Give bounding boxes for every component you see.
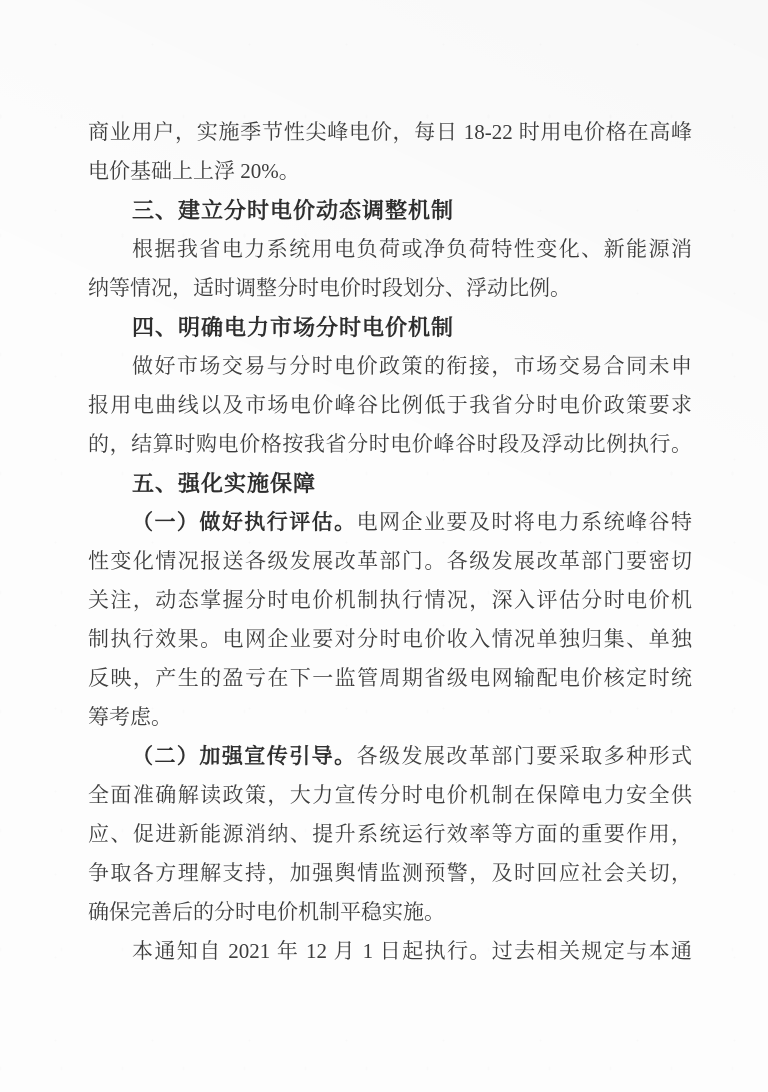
text-line: 关注，动态掌握分时电价机制执行情况，深入评估分时电价机 <box>88 581 692 620</box>
body-text: 电价基础上上浮 20%。 <box>88 159 300 183</box>
emphasized-text: （一）做好执行评估。 <box>132 510 357 534</box>
emphasized-text: （二）加强宣传引导。 <box>132 744 357 768</box>
body-text: 各级发展改革部门要采取多种形式 <box>357 744 692 768</box>
emphasized-text: 四、明确电力市场分时电价机制 <box>132 315 454 340</box>
body-text: 根据我省电力系统用电负荷或净负荷特性变化、新能源消 <box>132 237 692 261</box>
body-text: 电网企业要及时将电力系统峰谷特 <box>357 510 692 534</box>
body-text: 应、促进新能源消纳、提升系统运行效率等方面的重要作用， <box>88 822 692 846</box>
text-line: 电价基础上上浮 20%。 <box>88 152 692 191</box>
body-text: 争取各方理解支持，加强舆情监测预警，及时回应社会关切， <box>88 861 692 885</box>
text-line: 反映，产生的盈亏在下一监管周期省级电网输配电价核定时统 <box>88 659 692 698</box>
section-heading: 三、建立分时电价动态调整机制 <box>88 191 692 230</box>
body-text: 筹考虑。 <box>88 705 172 729</box>
text-line: 商业用户，实施季节性尖峰电价，每日 18-22 时用电价格在高峰 <box>88 113 692 152</box>
text-line: 确保完善后的分时电价机制平稳实施。 <box>88 893 692 932</box>
text-line: 性变化情况报送各级发展改革部门。各级发展改革部门要密切 <box>88 542 692 581</box>
text-line: 制执行效果。电网企业要对分时电价收入情况单独归集、单独 <box>88 620 692 659</box>
section-heading: 四、明确电力市场分时电价机制 <box>88 308 692 347</box>
body-text: 做好市场交易与分时电价政策的衔接，市场交易合同未申 <box>132 354 692 378</box>
emphasized-text: 五、强化实施保障 <box>132 471 316 496</box>
emphasized-text: 三、建立分时电价动态调整机制 <box>132 198 454 223</box>
body-text: 商业用户，实施季节性尖峰电价，每日 18-22 时用电价格在高峰 <box>88 120 692 144</box>
section-heading: 五、强化实施保障 <box>88 464 692 503</box>
text-line: 根据我省电力系统用电负荷或净负荷特性变化、新能源消 <box>88 230 692 269</box>
body-text: 纳等情况，适时调整分时电价时段划分、浮动比例。 <box>88 276 571 300</box>
body-text: 全面准确解读政策，大力宣传分时电价机制在保障电力安全供 <box>88 783 692 807</box>
text-line: 的，结算时购电价格按我省分时电价峰谷时段及浮动比例执行。 <box>88 425 692 464</box>
document-page: 商业用户，实施季节性尖峰电价，每日 18-22 时用电价格在高峰电价基础上上浮 … <box>0 0 768 1092</box>
body-text: 本通知自 2021 年 12 月 1 日起执行。过去相关规定与本通 <box>132 939 692 963</box>
body-text: 报用电曲线以及市场电价峰谷比例低于我省分时电价政策要求 <box>88 393 692 417</box>
text-line: 本通知自 2021 年 12 月 1 日起执行。过去相关规定与本通 <box>88 932 692 971</box>
body-text: 关注，动态掌握分时电价机制执行情况，深入评估分时电价机 <box>88 588 692 612</box>
text-line: （一）做好执行评估。电网企业要及时将电力系统峰谷特 <box>88 503 692 542</box>
text-line: 做好市场交易与分时电价政策的衔接，市场交易合同未申 <box>88 347 692 386</box>
document-body: 商业用户，实施季节性尖峰电价，每日 18-22 时用电价格在高峰电价基础上上浮 … <box>88 113 692 971</box>
body-text: 制执行效果。电网企业要对分时电价收入情况单独归集、单独 <box>88 627 692 651</box>
body-text: 反映，产生的盈亏在下一监管周期省级电网输配电价核定时统 <box>88 666 692 690</box>
text-line: 全面准确解读政策，大力宣传分时电价机制在保障电力安全供 <box>88 776 692 815</box>
text-line: 筹考虑。 <box>88 698 692 737</box>
text-line: 纳等情况，适时调整分时电价时段划分、浮动比例。 <box>88 269 692 308</box>
text-line: 应、促进新能源消纳、提升系统运行效率等方面的重要作用， <box>88 815 692 854</box>
text-line: 报用电曲线以及市场电价峰谷比例低于我省分时电价政策要求 <box>88 386 692 425</box>
text-line: （二）加强宣传引导。各级发展改革部门要采取多种形式 <box>88 737 692 776</box>
body-text: 的，结算时购电价格按我省分时电价峰谷时段及浮动比例执行。 <box>88 432 692 456</box>
body-text: 性变化情况报送各级发展改革部门。各级发展改革部门要密切 <box>88 549 692 573</box>
text-line: 争取各方理解支持，加强舆情监测预警，及时回应社会关切， <box>88 854 692 893</box>
body-text: 确保完善后的分时电价机制平稳实施。 <box>88 900 445 924</box>
